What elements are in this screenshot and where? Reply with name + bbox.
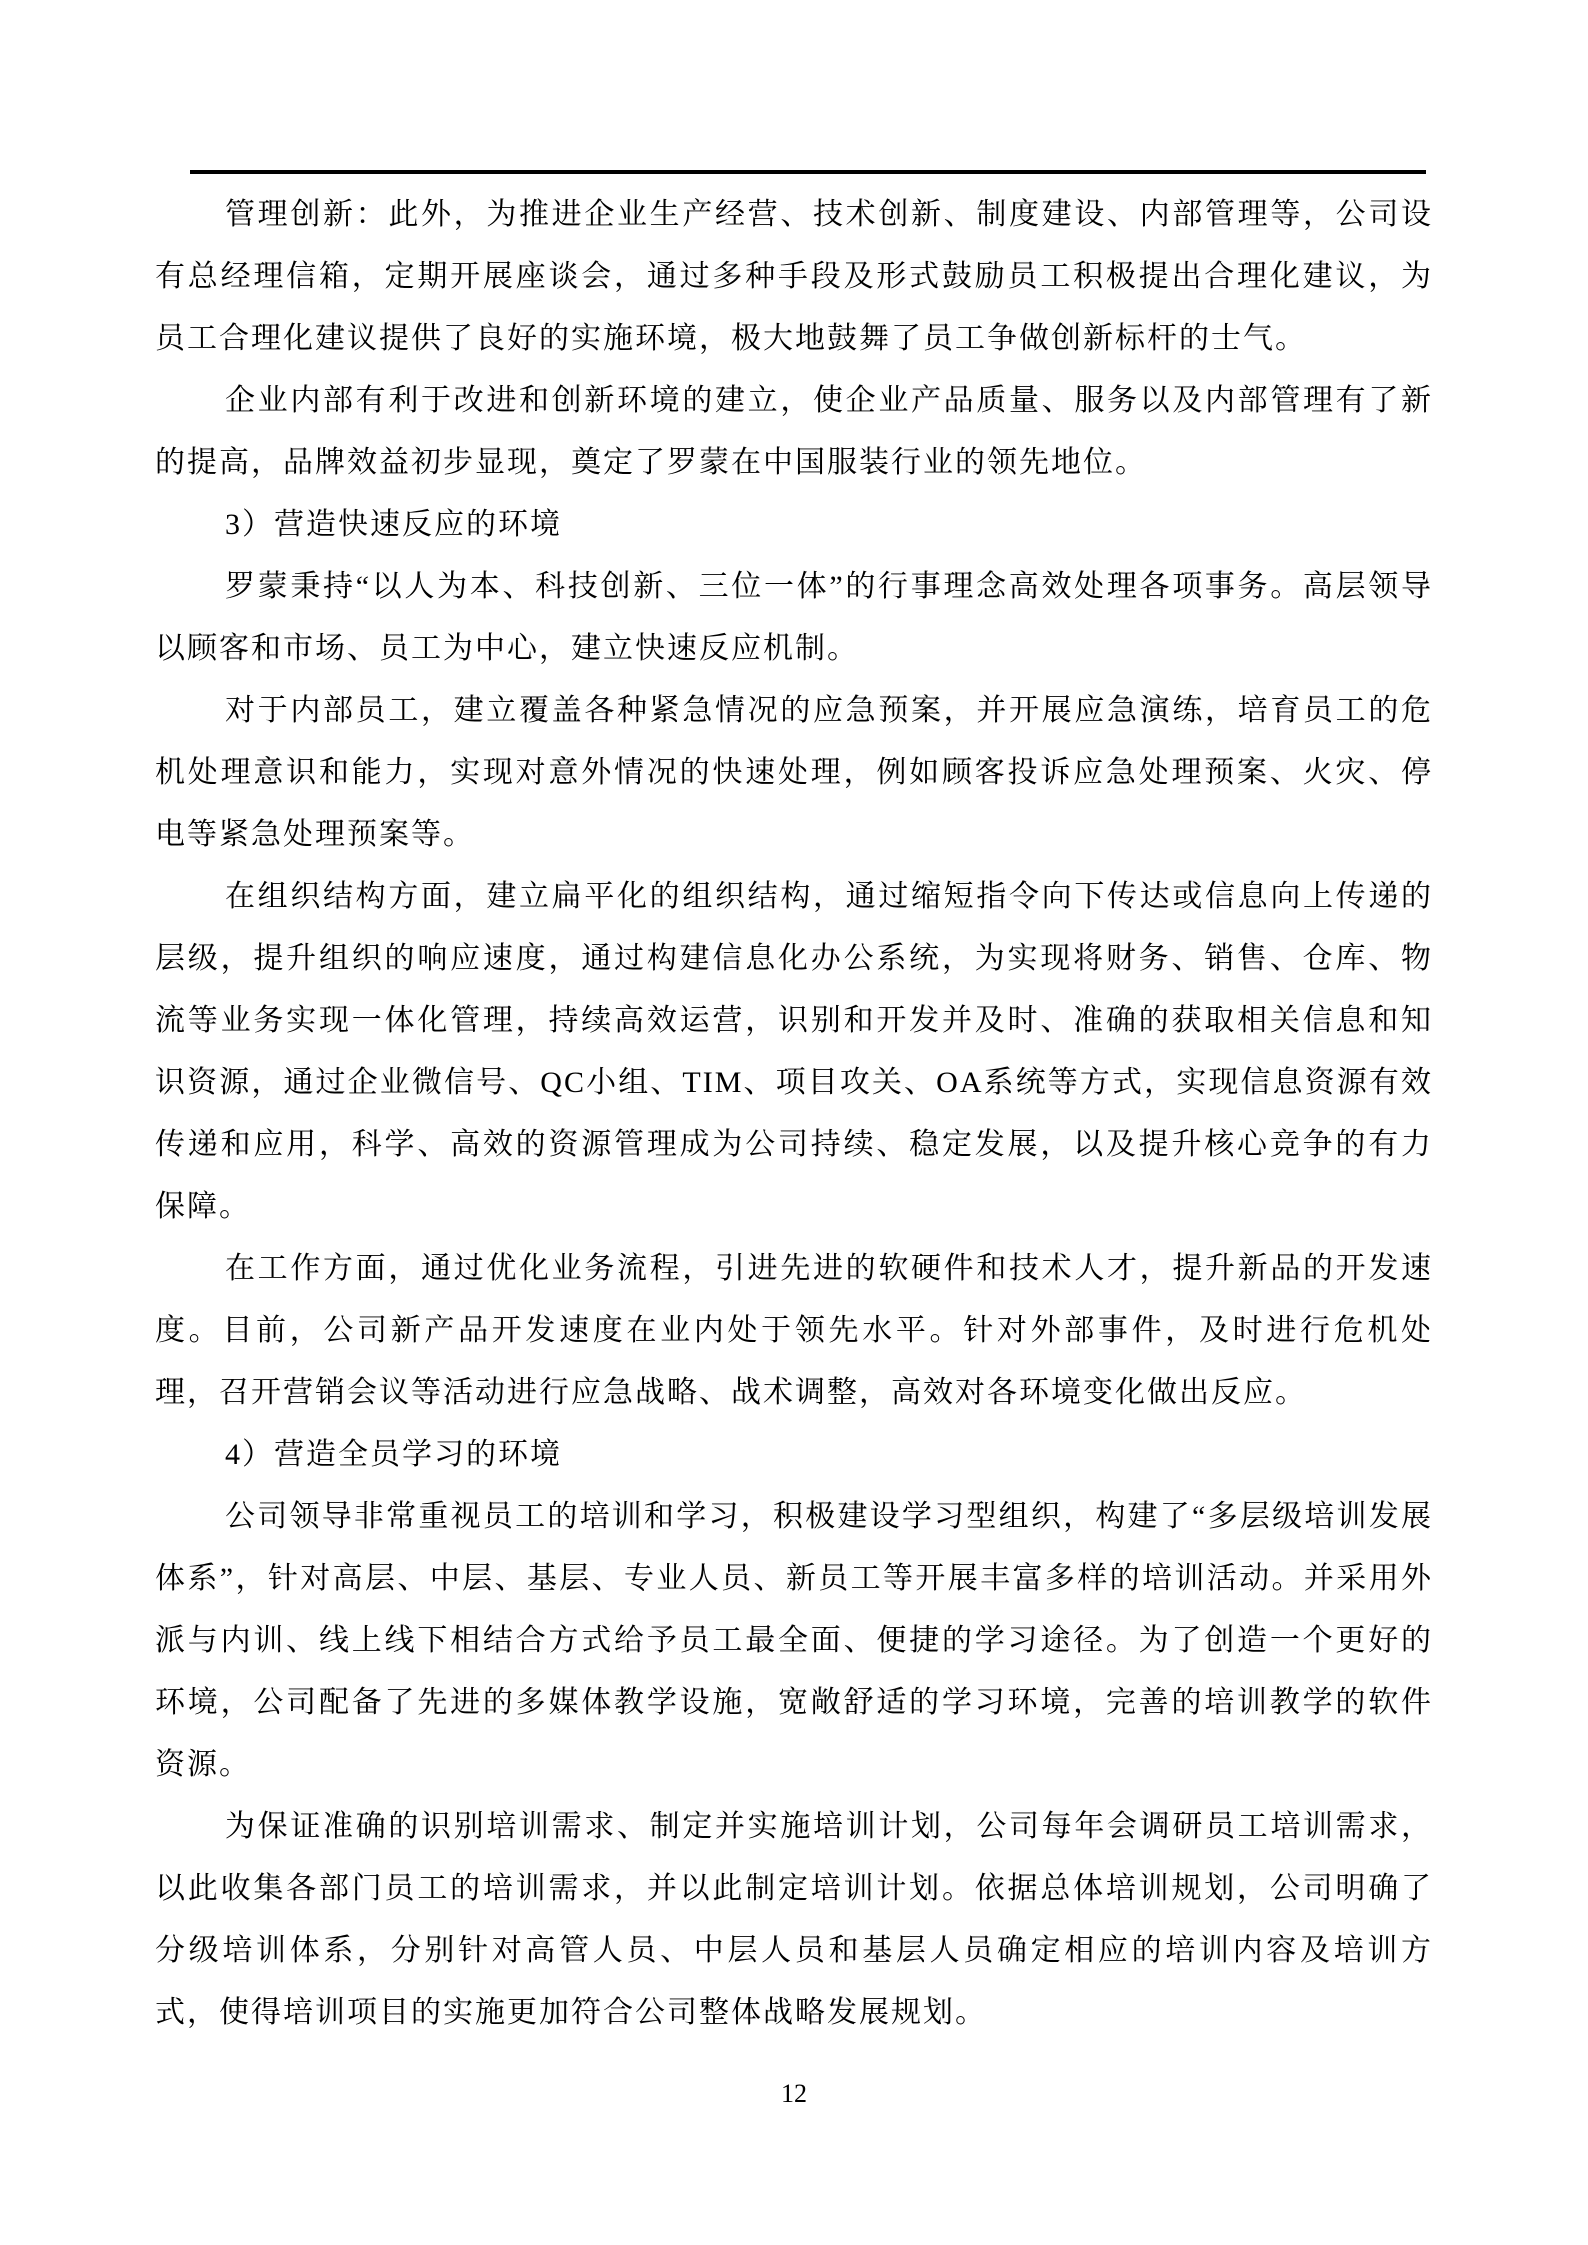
page-number: 12 xyxy=(0,2078,1588,2110)
document-page: 管理创新：此外，为推进企业生产经营、技术创新、制度建设、内部管理等，公司设有总经… xyxy=(0,0,1588,2245)
paragraph: 对于内部员工，建立覆盖各种紧急情况的应急预案，并开展应急演练，培育员工的危机处理… xyxy=(155,680,1433,866)
paragraph: 罗蒙秉持“以人为本、科技创新、三位一体”的行事理念高效处理各项事务。高层领导以顾… xyxy=(155,556,1433,680)
paragraph: 企业内部有利于改进和创新环境的建立，使企业产品质量、服务以及内部管理有了新的提高… xyxy=(155,370,1433,494)
paragraph: 管理创新：此外，为推进企业生产经营、技术创新、制度建设、内部管理等，公司设有总经… xyxy=(155,184,1433,370)
paragraph-heading: 4）营造全员学习的环境 xyxy=(155,1424,1433,1486)
paragraph-heading: 3）营造快速反应的环境 xyxy=(155,494,1433,556)
paragraph: 为保证准确的识别培训需求、制定并实施培训计划，公司每年会调研员工培训需求，以此收… xyxy=(155,1796,1433,2044)
paragraph: 在组织结构方面，建立扁平化的组织结构，通过缩短指令向下传达或信息向上传递的层级，… xyxy=(155,866,1433,1238)
header-rule xyxy=(190,170,1426,174)
paragraph: 公司领导非常重视员工的培训和学习，积极建设学习型组织，构建了“多层级培训发展体系… xyxy=(155,1486,1433,1796)
document-body: 管理创新：此外，为推进企业生产经营、技术创新、制度建设、内部管理等，公司设有总经… xyxy=(155,184,1433,2044)
paragraph: 在工作方面，通过优化业务流程，引进先进的软硬件和技术人才，提升新品的开发速度。目… xyxy=(155,1238,1433,1424)
